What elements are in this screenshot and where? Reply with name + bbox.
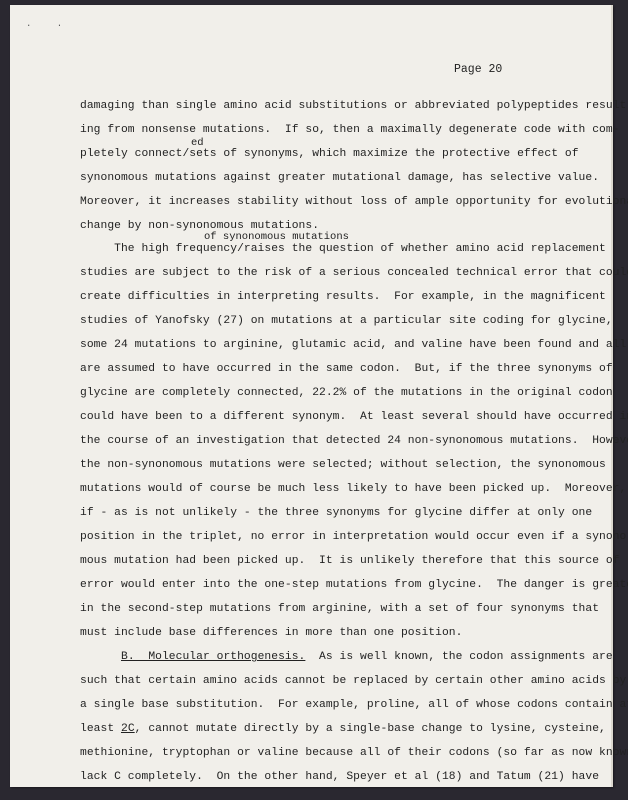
text-line: mutations would of course be much less l… xyxy=(80,483,626,495)
document-page: . . Page 20 damaging than single amino a… xyxy=(10,5,613,787)
corner-marks: . . xyxy=(26,19,72,29)
text-line: are assumed to have occurred in the same… xyxy=(80,363,613,375)
text-line: glycine are completely connected, 22.2% … xyxy=(80,387,613,399)
text-line: Moreover, it increases stability without… xyxy=(80,196,628,208)
text-line: mous mutation had been picked up. It is … xyxy=(80,555,620,567)
section-b-first-line: B. Molecular orthogenesis. As is well kn… xyxy=(121,651,613,663)
text-line: create difficulties in interpreting resu… xyxy=(80,291,606,303)
text-span: As is well known, the codon assignments … xyxy=(305,651,612,663)
text-line: The high frequency/raises the question o… xyxy=(80,243,606,255)
text-line: ing from nonsense mutations. If so, then… xyxy=(80,124,620,136)
text-line: synonomous mutations against greater mut… xyxy=(80,172,599,184)
text-line: error would enter into the one-step muta… xyxy=(80,579,628,591)
text-line: a single base substitution. For example,… xyxy=(80,699,628,711)
text-line: such that certain amino acids cannot be … xyxy=(80,675,626,687)
text-line: if - as is not unlikely - the three syno… xyxy=(80,507,592,519)
text-line: the course of an investigation that dete… xyxy=(80,435,628,447)
text-line: damaging than single amino acid substitu… xyxy=(80,100,628,112)
underlined-term: 2C xyxy=(121,723,135,735)
text-line: methionine, tryptophan or valine because… xyxy=(80,747,628,759)
section-heading: B. Molecular orthogenesis. xyxy=(121,651,305,663)
page-number: Page 20 xyxy=(454,63,502,76)
text-line: the non-synonomous mutations were select… xyxy=(80,459,606,471)
text-line: must include base differences in more th… xyxy=(80,627,462,639)
text-line: could have been to a different synonym. … xyxy=(80,411,628,423)
text-span: least xyxy=(80,723,121,735)
text-line: in the second-step mutations from argini… xyxy=(80,603,599,615)
text-line: studies are subject to the risk of a ser… xyxy=(80,267,628,279)
text-line: some 24 mutations to arginine, glutamic … xyxy=(80,339,626,351)
text-line: lack C completely. On the other hand, Sp… xyxy=(80,771,599,783)
text-span: , cannot mutate directly by a single-bas… xyxy=(135,723,606,735)
text-line: studies of Yanofsky (27) on mutations at… xyxy=(80,315,613,327)
handwritten-insertion: of synonomous mutations xyxy=(204,231,349,243)
text-line: position in the triplet, no error in int… xyxy=(80,531,628,543)
text-line: least 2C, cannot mutate directly by a si… xyxy=(80,723,606,735)
text-line: pletely connect/sets of synonyms, which … xyxy=(80,148,579,160)
